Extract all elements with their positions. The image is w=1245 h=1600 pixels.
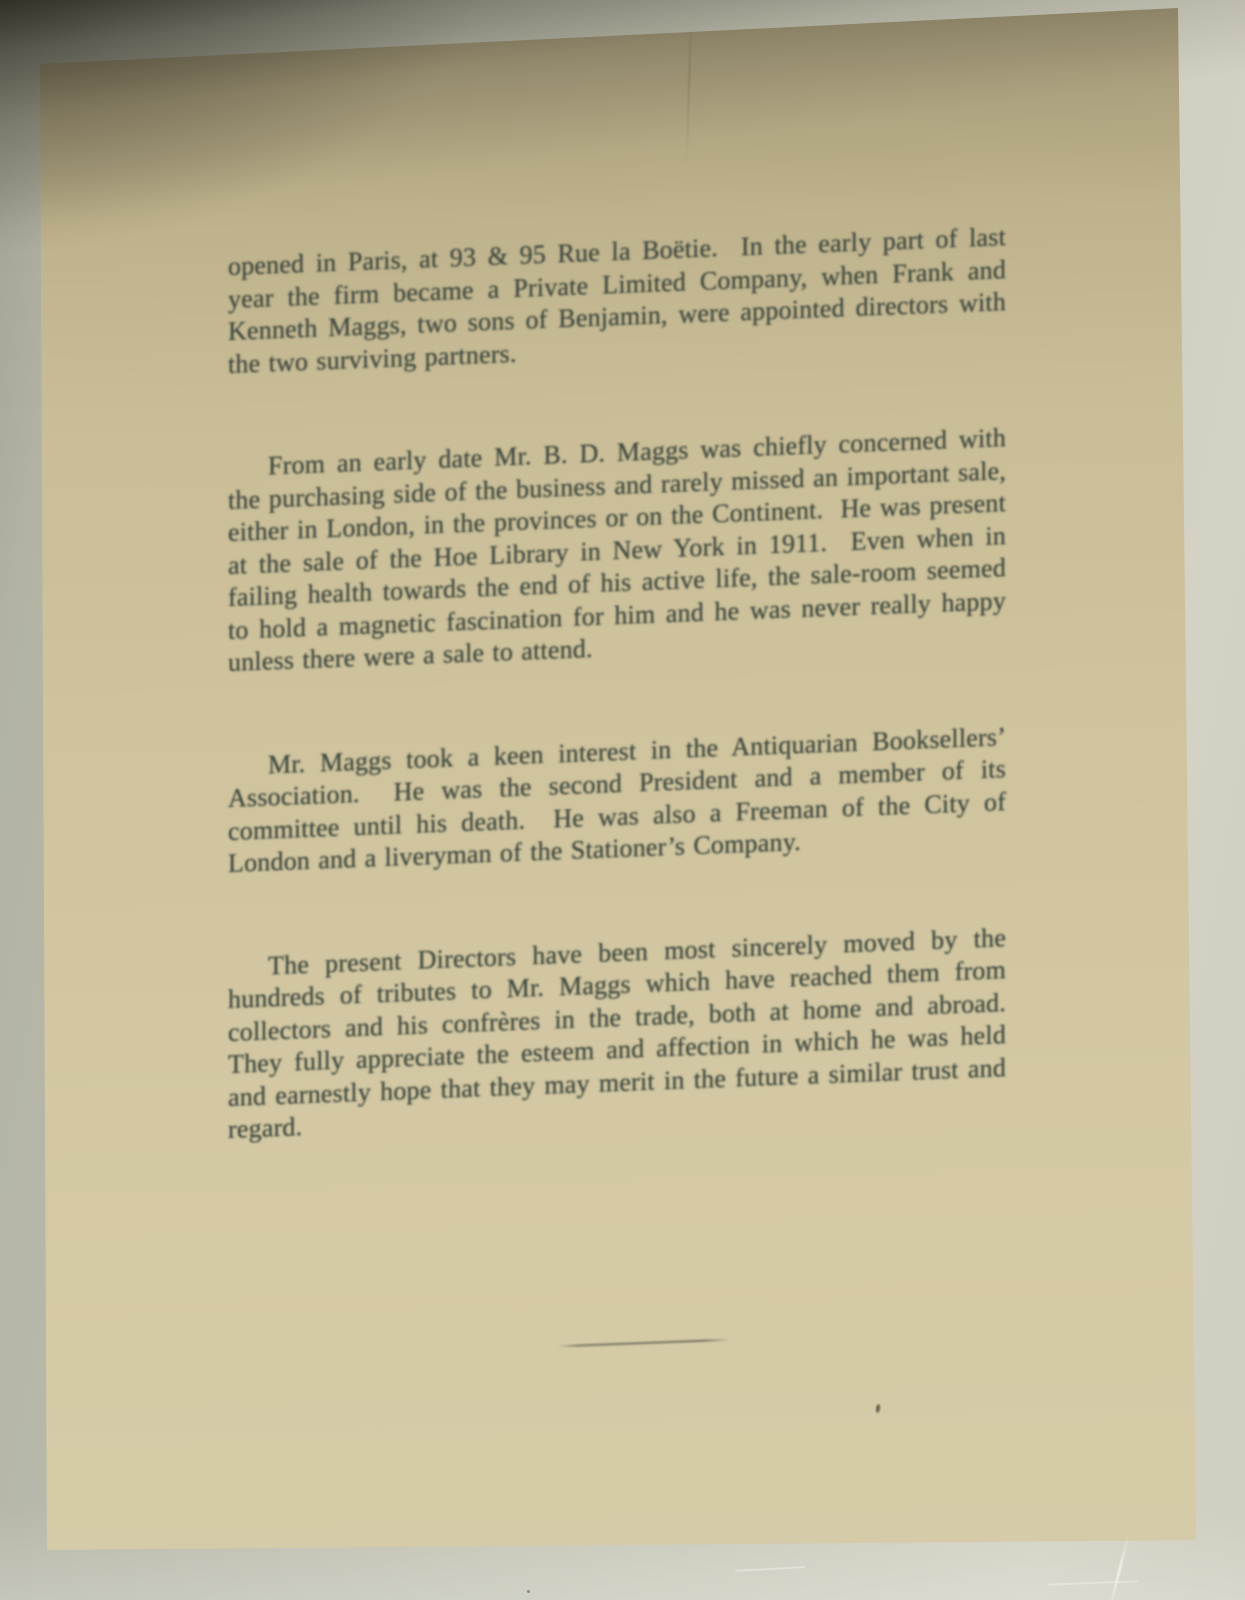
paragraph: opened in Paris, at 93 & 95 Rue la Boëti… [228,221,1006,381]
scratch-mark [1048,1580,1138,1585]
paper-crease [686,10,692,165]
scratch-mark [1109,1535,1129,1600]
scratch-mark [735,1566,805,1572]
page-text-block: opened in Paris, at 93 & 95 Rue la Boëti… [228,156,1006,1424]
paragraph: From an early date Mr. B. D. Maggs was c… [228,422,1006,679]
section-divider-rule [558,1338,730,1347]
dust-speck [527,1590,530,1593]
photo-backdrop: opened in Paris, at 93 & 95 Rue la Boëti… [0,0,1245,1600]
ink-speck [875,1404,880,1413]
book-page: opened in Paris, at 93 & 95 Rue la Boëti… [0,0,1245,1600]
paragraph: Mr. Maggs took a keen interest in the An… [228,721,1006,881]
paragraph: The present Directors have been most sin… [228,922,1006,1147]
